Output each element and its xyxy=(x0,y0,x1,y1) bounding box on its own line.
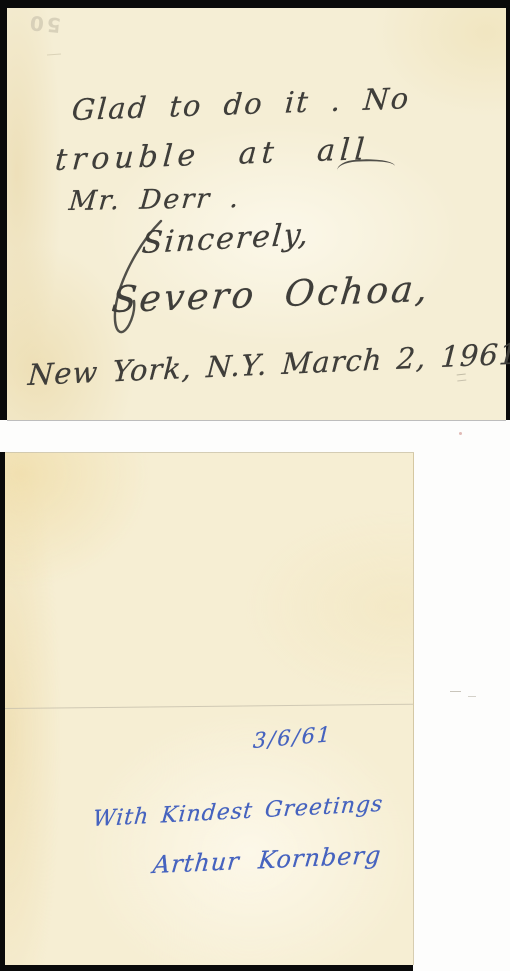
scan-artifact xyxy=(468,696,476,697)
scanned-autograph-page: 50 Glad to do it . No trouble at all Mr.… xyxy=(0,0,510,971)
kornberg-signature: Arthur Kornberg xyxy=(152,841,383,879)
kornberg-greeting: With Kindest Greetings xyxy=(92,792,384,832)
note-line-2: trouble at all xyxy=(54,132,371,178)
scan-artifact xyxy=(450,691,461,692)
kornberg-date: 3/6/61 xyxy=(252,722,333,753)
backing-sheet-right xyxy=(413,420,510,971)
scan-artifact xyxy=(459,432,462,435)
ochoa-note-card: 50 Glad to do it . No trouble at all Mr.… xyxy=(7,8,506,420)
kornberg-folded-card: 3/6/61 With Kindest Greetings Arthur Kor… xyxy=(5,452,414,965)
scan-artifact xyxy=(457,374,467,382)
fold-crease-line xyxy=(5,704,413,709)
note-line-1: Glad to do it . No xyxy=(71,81,412,127)
scan-artifact xyxy=(47,54,61,56)
note-line-3: Mr. Derr . xyxy=(68,183,242,217)
pencil-inventory-mark: 50 xyxy=(26,11,62,38)
